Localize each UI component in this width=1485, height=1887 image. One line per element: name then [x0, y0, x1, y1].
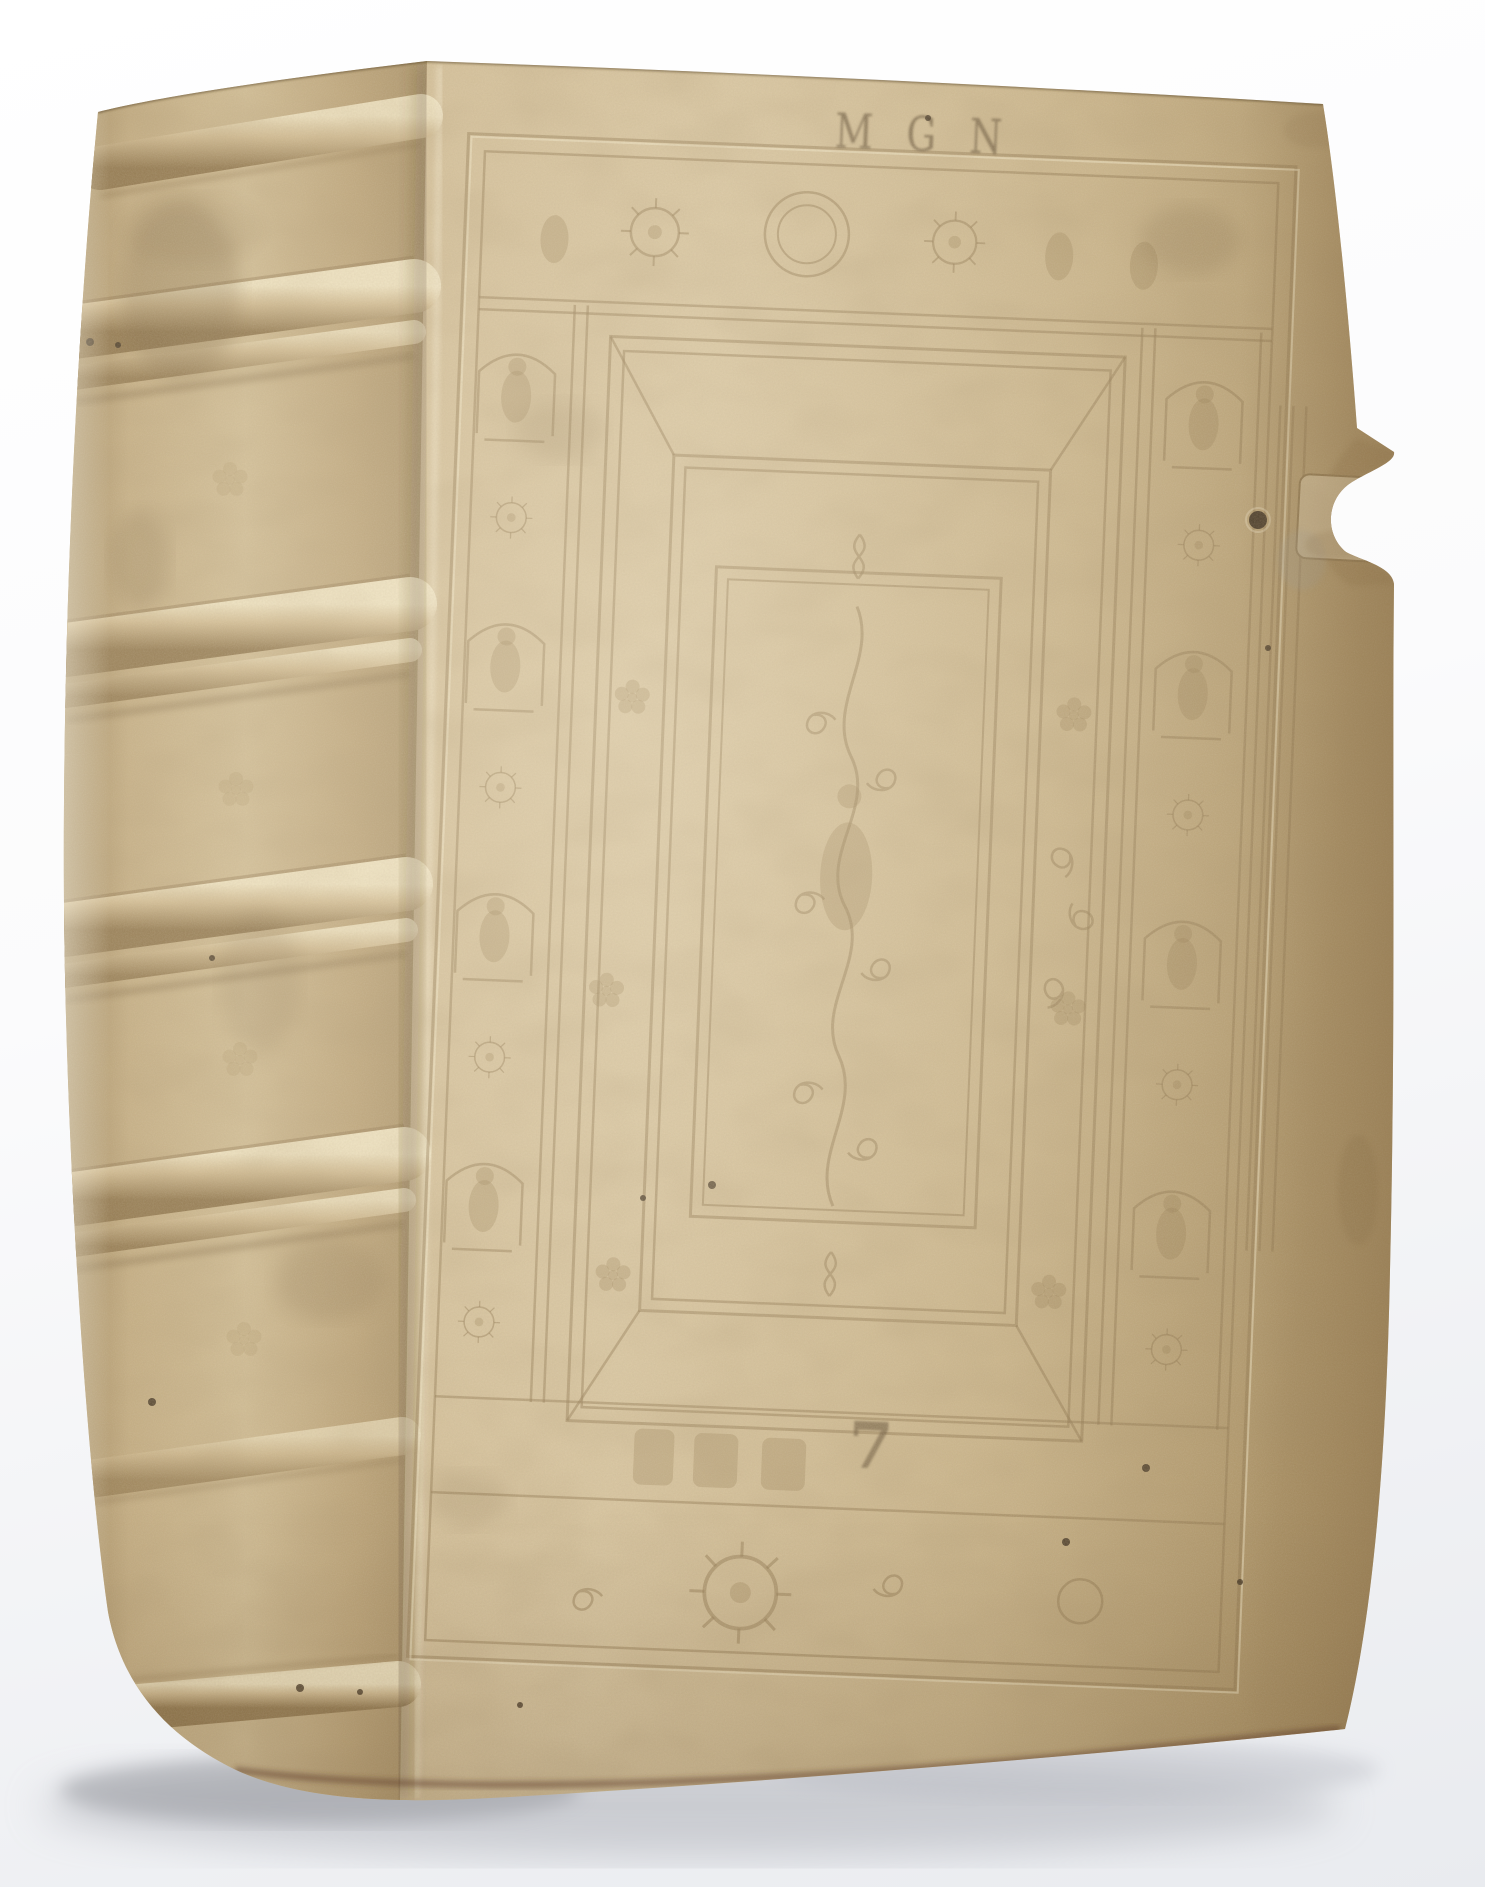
book: 7 M G N	[0, 0, 1485, 1887]
clasp-pin	[1341, 509, 1357, 525]
photo-stage: 7 M G N	[0, 0, 1485, 1887]
book-photo: 7 M G N	[0, 0, 1485, 1887]
lighting	[0, 0, 1485, 1887]
